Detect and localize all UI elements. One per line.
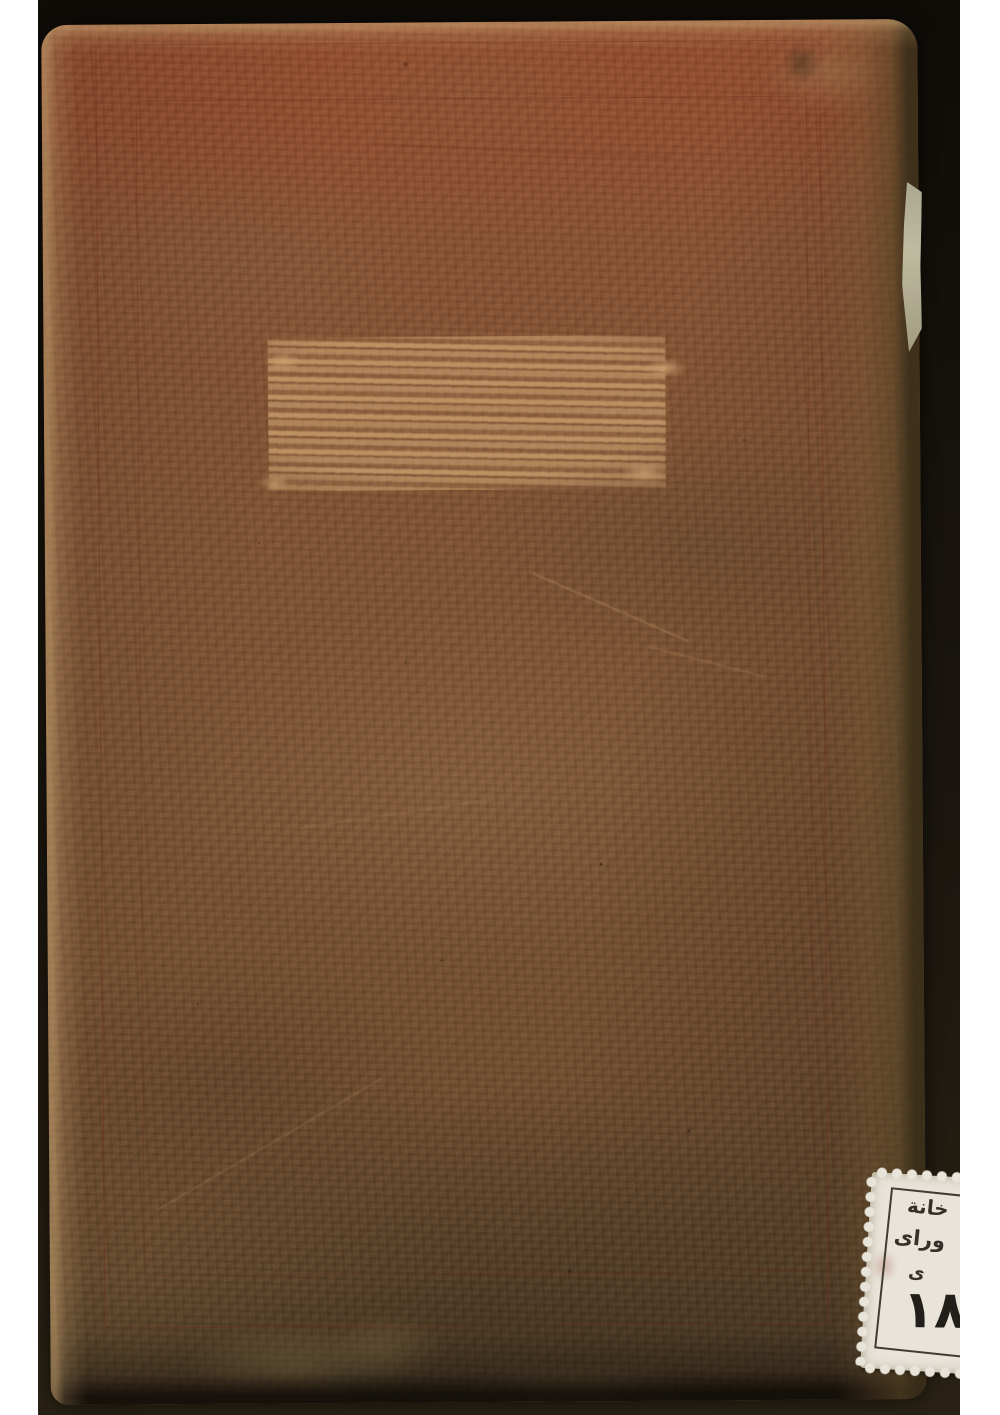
book-cover (41, 19, 927, 1405)
label-text-line-2: وراى (893, 1224, 947, 1253)
blind-tooled-frame-inner (136, 96, 815, 1277)
book-photo: خانة وراى ى ١٨ (38, 0, 960, 1415)
label-shelf-number: ١٨ (902, 1280, 960, 1341)
edge-wear-bottom (431, 1362, 731, 1405)
faded-label-remnant-patch (267, 335, 666, 492)
label-text-line-1: خانة (906, 1193, 950, 1221)
library-label: خانة وراى ى ١٨ (860, 1172, 960, 1375)
corner-wear-top-right (741, 35, 902, 128)
label-ruled-border: خانة وراى ى ١٨ (874, 1187, 960, 1362)
corner-wear-bottom-left (190, 1312, 451, 1404)
